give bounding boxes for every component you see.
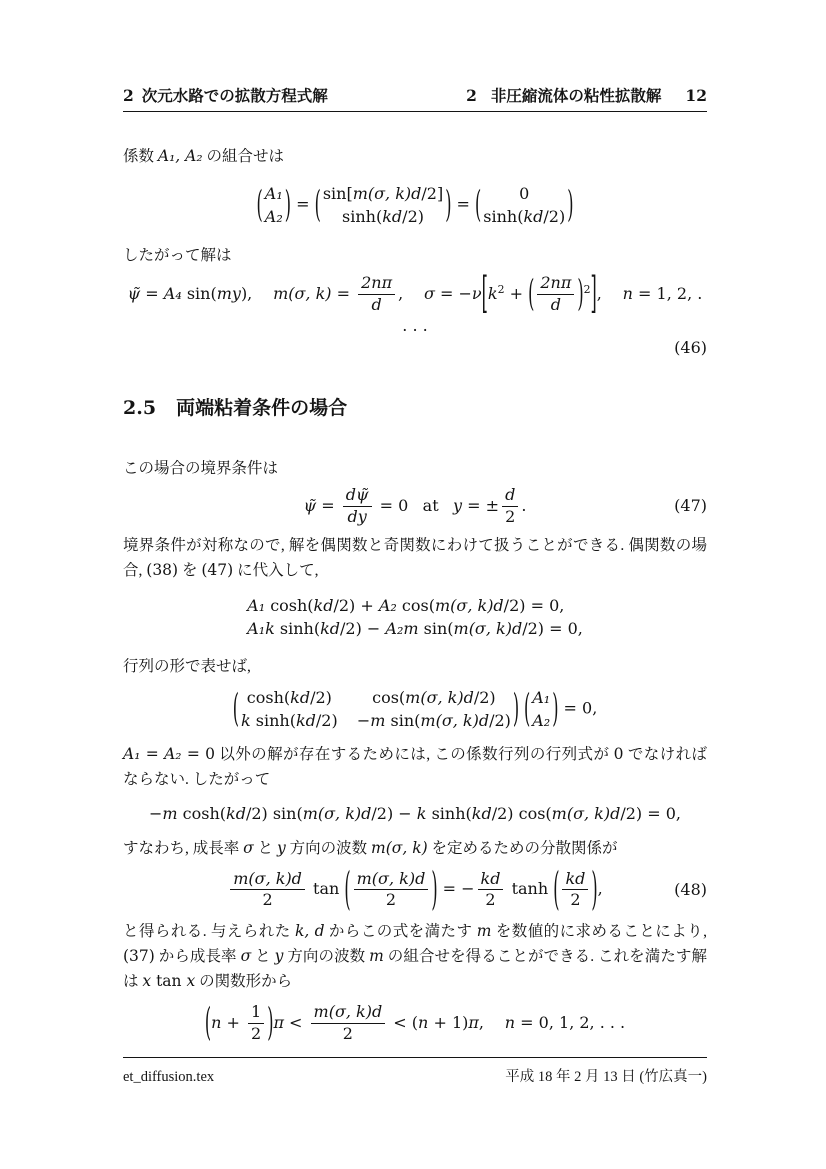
header-left-number: 2 — [123, 86, 134, 105]
footer-date: 平成 18 年 2 月 13 日 (竹広真一) — [505, 1065, 707, 1086]
equation-determinant: −m cosh(kd/2) sin(m(σ, k)d/2) − k sinh(k… — [123, 804, 707, 824]
section-number: 2.5 — [123, 397, 156, 419]
equation-system-line-2: A₁k sinh(kd/2) − A₂m sin(m(σ, k)d/2) = 0… — [247, 619, 583, 639]
equation-tag-46: (46) — [123, 338, 707, 357]
paragraph-symmetric: 境界条件が対称なので, 解を偶関数と奇関数にわけて扱うことができる. 偶関数の場… — [123, 533, 707, 583]
section-heading-2-5: 2.5 両端粘着条件の場合 — [123, 393, 707, 420]
paragraph-matrix-form: 行列の形で表せば, — [123, 654, 707, 679]
page-number: 12 — [685, 86, 707, 105]
equation-tag-48: (48) — [674, 880, 707, 900]
header-left-title: 次元水路での拡散方程式解 — [142, 88, 328, 105]
paragraph-therefore: したがって解は — [123, 243, 707, 268]
equation-matrix: (cosh(kd/2)cos(m(σ, k)d/2)k sinh(kd/2)−m… — [123, 687, 707, 731]
section-title: 両端粘着条件の場合 — [176, 393, 347, 420]
equation-tag-47: (47) — [674, 496, 707, 516]
paragraph-boundary-condition: この場合の境界条件は — [123, 456, 707, 481]
equation-range: (n + 12)π < m(σ, k)d2 < (n + 1)π,n = 0, … — [123, 1002, 707, 1045]
page-body: 係数 A₁, A₂ の組合せは (A₁A₂) = (sin[m(σ, k)d/2… — [123, 106, 707, 1045]
equation-system: A₁ cosh(kd/2) + A₂ cos(m(σ, k)d/2) = 0, … — [123, 593, 707, 642]
paragraph-dispersion: すなわち, 成長率 σ と y 方向の波数 m(σ, k) を定めるための分散関… — [123, 836, 707, 861]
header-right: 2 非圧縮流体の粘性拡散解 12 — [466, 84, 707, 106]
footer-filename: et_diffusion.tex — [123, 1069, 214, 1086]
equation-47: ψ̃ = dψ̃dy = 0aty = ±d2. (47) — [123, 485, 707, 528]
equation-48-body: m(σ, k)d2 tan (m(σ, k)d2) = −kd2 tanh (k… — [227, 879, 603, 898]
header-right-title: 非圧縮流体の粘性拡散解 — [491, 84, 662, 106]
paragraph-determinant: A₁ = A₂ = 0 以外の解が存在するためには, この係数行列の行列式が 0… — [123, 742, 707, 792]
equation-46: ψ̃ = A₄ sin(my),m(σ, k) = 2nπd,σ = −ν[k2… — [123, 273, 707, 336]
equation-system-line-1: A₁ cosh(kd/2) + A₂ cos(m(σ, k)d/2) = 0, — [247, 596, 583, 616]
header-left: 2 次元水路での拡散方程式解 — [123, 84, 328, 106]
header-section-number: 2 — [466, 86, 477, 105]
paragraph-solution-range: と得られる. 与えられた k, d からこの式を満たす m を数値的に求めること… — [123, 919, 707, 994]
document-page: 2 次元水路での拡散方程式解 2 非圧縮流体の粘性拡散解 12 係数 A₁, A… — [0, 0, 826, 1169]
equation-48: m(σ, k)d2 tan (m(σ, k)d2) = −kd2 tanh (k… — [123, 869, 707, 912]
equation-47-body: ψ̃ = dψ̃dy = 0aty = ±d2. — [304, 496, 527, 515]
paragraph-coefficients: 係数 A₁, A₂ の組合せは — [123, 144, 707, 169]
page-footer: et_diffusion.tex 平成 18 年 2 月 13 日 (竹広真一) — [123, 1057, 707, 1086]
equation-vector-solution: (A₁A₂) = (sin[m(σ, k)d/2]sinh(kd/2)) = (… — [123, 179, 707, 231]
equation-system-lines: A₁ cosh(kd/2) + A₂ cos(m(σ, k)d/2) = 0, … — [247, 593, 583, 642]
